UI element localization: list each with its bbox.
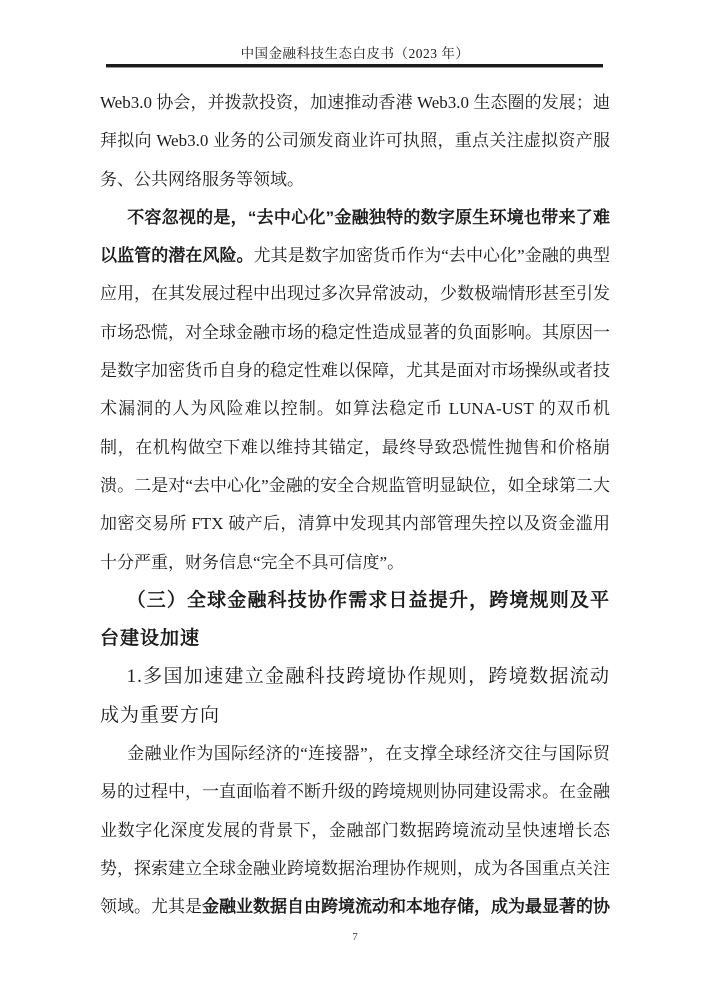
paragraph-risk: 不容忽视的是，“去中心化”金融独特的数字原生环境也带来了难以监管的潜在风险。尤其… xyxy=(100,199,610,582)
page-header-title: 中国金融科技生态白皮书（2023 年） xyxy=(103,46,607,62)
document-body: Web3.0 协会，并拨款投资，加速推动香港 Web3.0 生态圈的发展；迪拜拟… xyxy=(100,84,610,927)
subsection-heading: 1.多国加速建立金融科技跨境协作规则，跨境数据流动成为重要方向 xyxy=(100,658,610,735)
paragraph-continuation: Web3.0 协会，并拨款投资，加速推动香港 Web3.0 生态圈的发展；迪拜拟… xyxy=(100,84,610,199)
page-number: 7 xyxy=(0,930,710,944)
paragraph-risk-text: 尤其是数字加密货币作为“去中心化”金融的典型应用，在其发展过程中出现过多次异常波… xyxy=(100,246,610,571)
document-page: 中国金融科技生态白皮书（2023 年） Web3.0 协会，并拨款投资，加速推动… xyxy=(0,0,710,1004)
header-rule xyxy=(106,64,603,68)
section-heading: （三）全球金融科技协作需求日益提升，跨境规则及平台建设加速 xyxy=(100,582,610,659)
paragraph-cross-border: 金融业作为国际经济的“连接器”，在支撑全球经济交往与国际贸易的过程中，一直面临着… xyxy=(100,735,610,926)
paragraph-cross-border-text: 金融业作为国际经济的“连接器”，在支撑全球经济交往与国际贸易的过程中，一直面临着… xyxy=(100,744,610,916)
bold-emphasis-tail: 金融业数据自由跨境流动和本地存储，成为最显著的协 xyxy=(202,897,610,916)
